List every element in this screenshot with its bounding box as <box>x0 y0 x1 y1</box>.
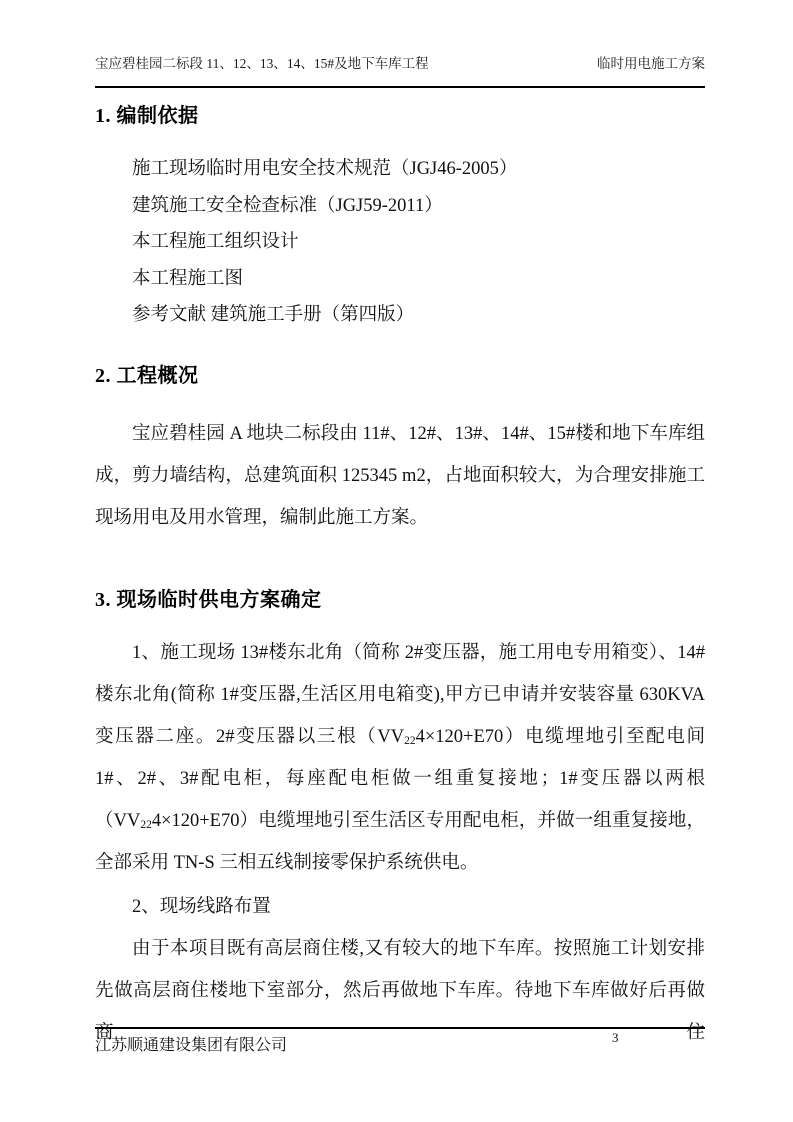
page-number: 3 <box>612 1030 619 1046</box>
footer-divider <box>95 1027 705 1029</box>
reference-item: 参考文献 建筑施工手册（第四版） <box>95 297 705 334</box>
section-1-heading: 1. 编制依据 <box>95 103 705 129</box>
line-layout-subheading: 2、现场线路布置 <box>95 886 705 928</box>
header-divider <box>95 86 705 88</box>
document-page: 宝应碧桂园二标段 11、12、13、14、15#及地下车库工程 临时用电施工方案… <box>0 0 793 1122</box>
reference-list: 施工现场临时用电安全技术规范（JGJ46-2005） 建筑施工安全检查标准（JG… <box>95 151 705 334</box>
section-3-heading: 3. 现场临时供电方案确定 <box>95 587 705 613</box>
reference-item: 本工程施工组织设计 <box>95 224 705 261</box>
section-2-heading: 2. 工程概况 <box>95 363 705 389</box>
reference-item: 本工程施工图 <box>95 261 705 298</box>
reference-item: 建筑施工安全检查标准（JGJ59-2011） <box>95 188 705 225</box>
header-doc-title: 临时用电施工方案 <box>597 55 705 73</box>
header-project-title: 宝应碧桂园二标段 11、12、13、14、15#及地下车库工程 <box>95 55 429 73</box>
reference-item: 施工现场临时用电安全技术规范（JGJ46-2005） <box>95 151 705 188</box>
power-supply-paragraph: 1、施工现场 13#楼东北角（简称 2#变压器，施工用电专用箱变）、14#楼东北… <box>95 632 705 884</box>
footer-company-name: 江苏顺通建设集团有限公司 <box>95 1035 287 1057</box>
page-header: 宝应碧桂园二标段 11、12、13、14、15#及地下车库工程 临时用电施工方案 <box>95 55 705 73</box>
project-overview-paragraph: 宝应碧桂园 A 地块二标段由 11#、12#、13#、14#、15#楼和地下车库… <box>95 413 705 539</box>
document-body: 1. 编制依据 施工现场临时用电安全技术规范（JGJ46-2005） 建筑施工安… <box>95 103 705 1054</box>
